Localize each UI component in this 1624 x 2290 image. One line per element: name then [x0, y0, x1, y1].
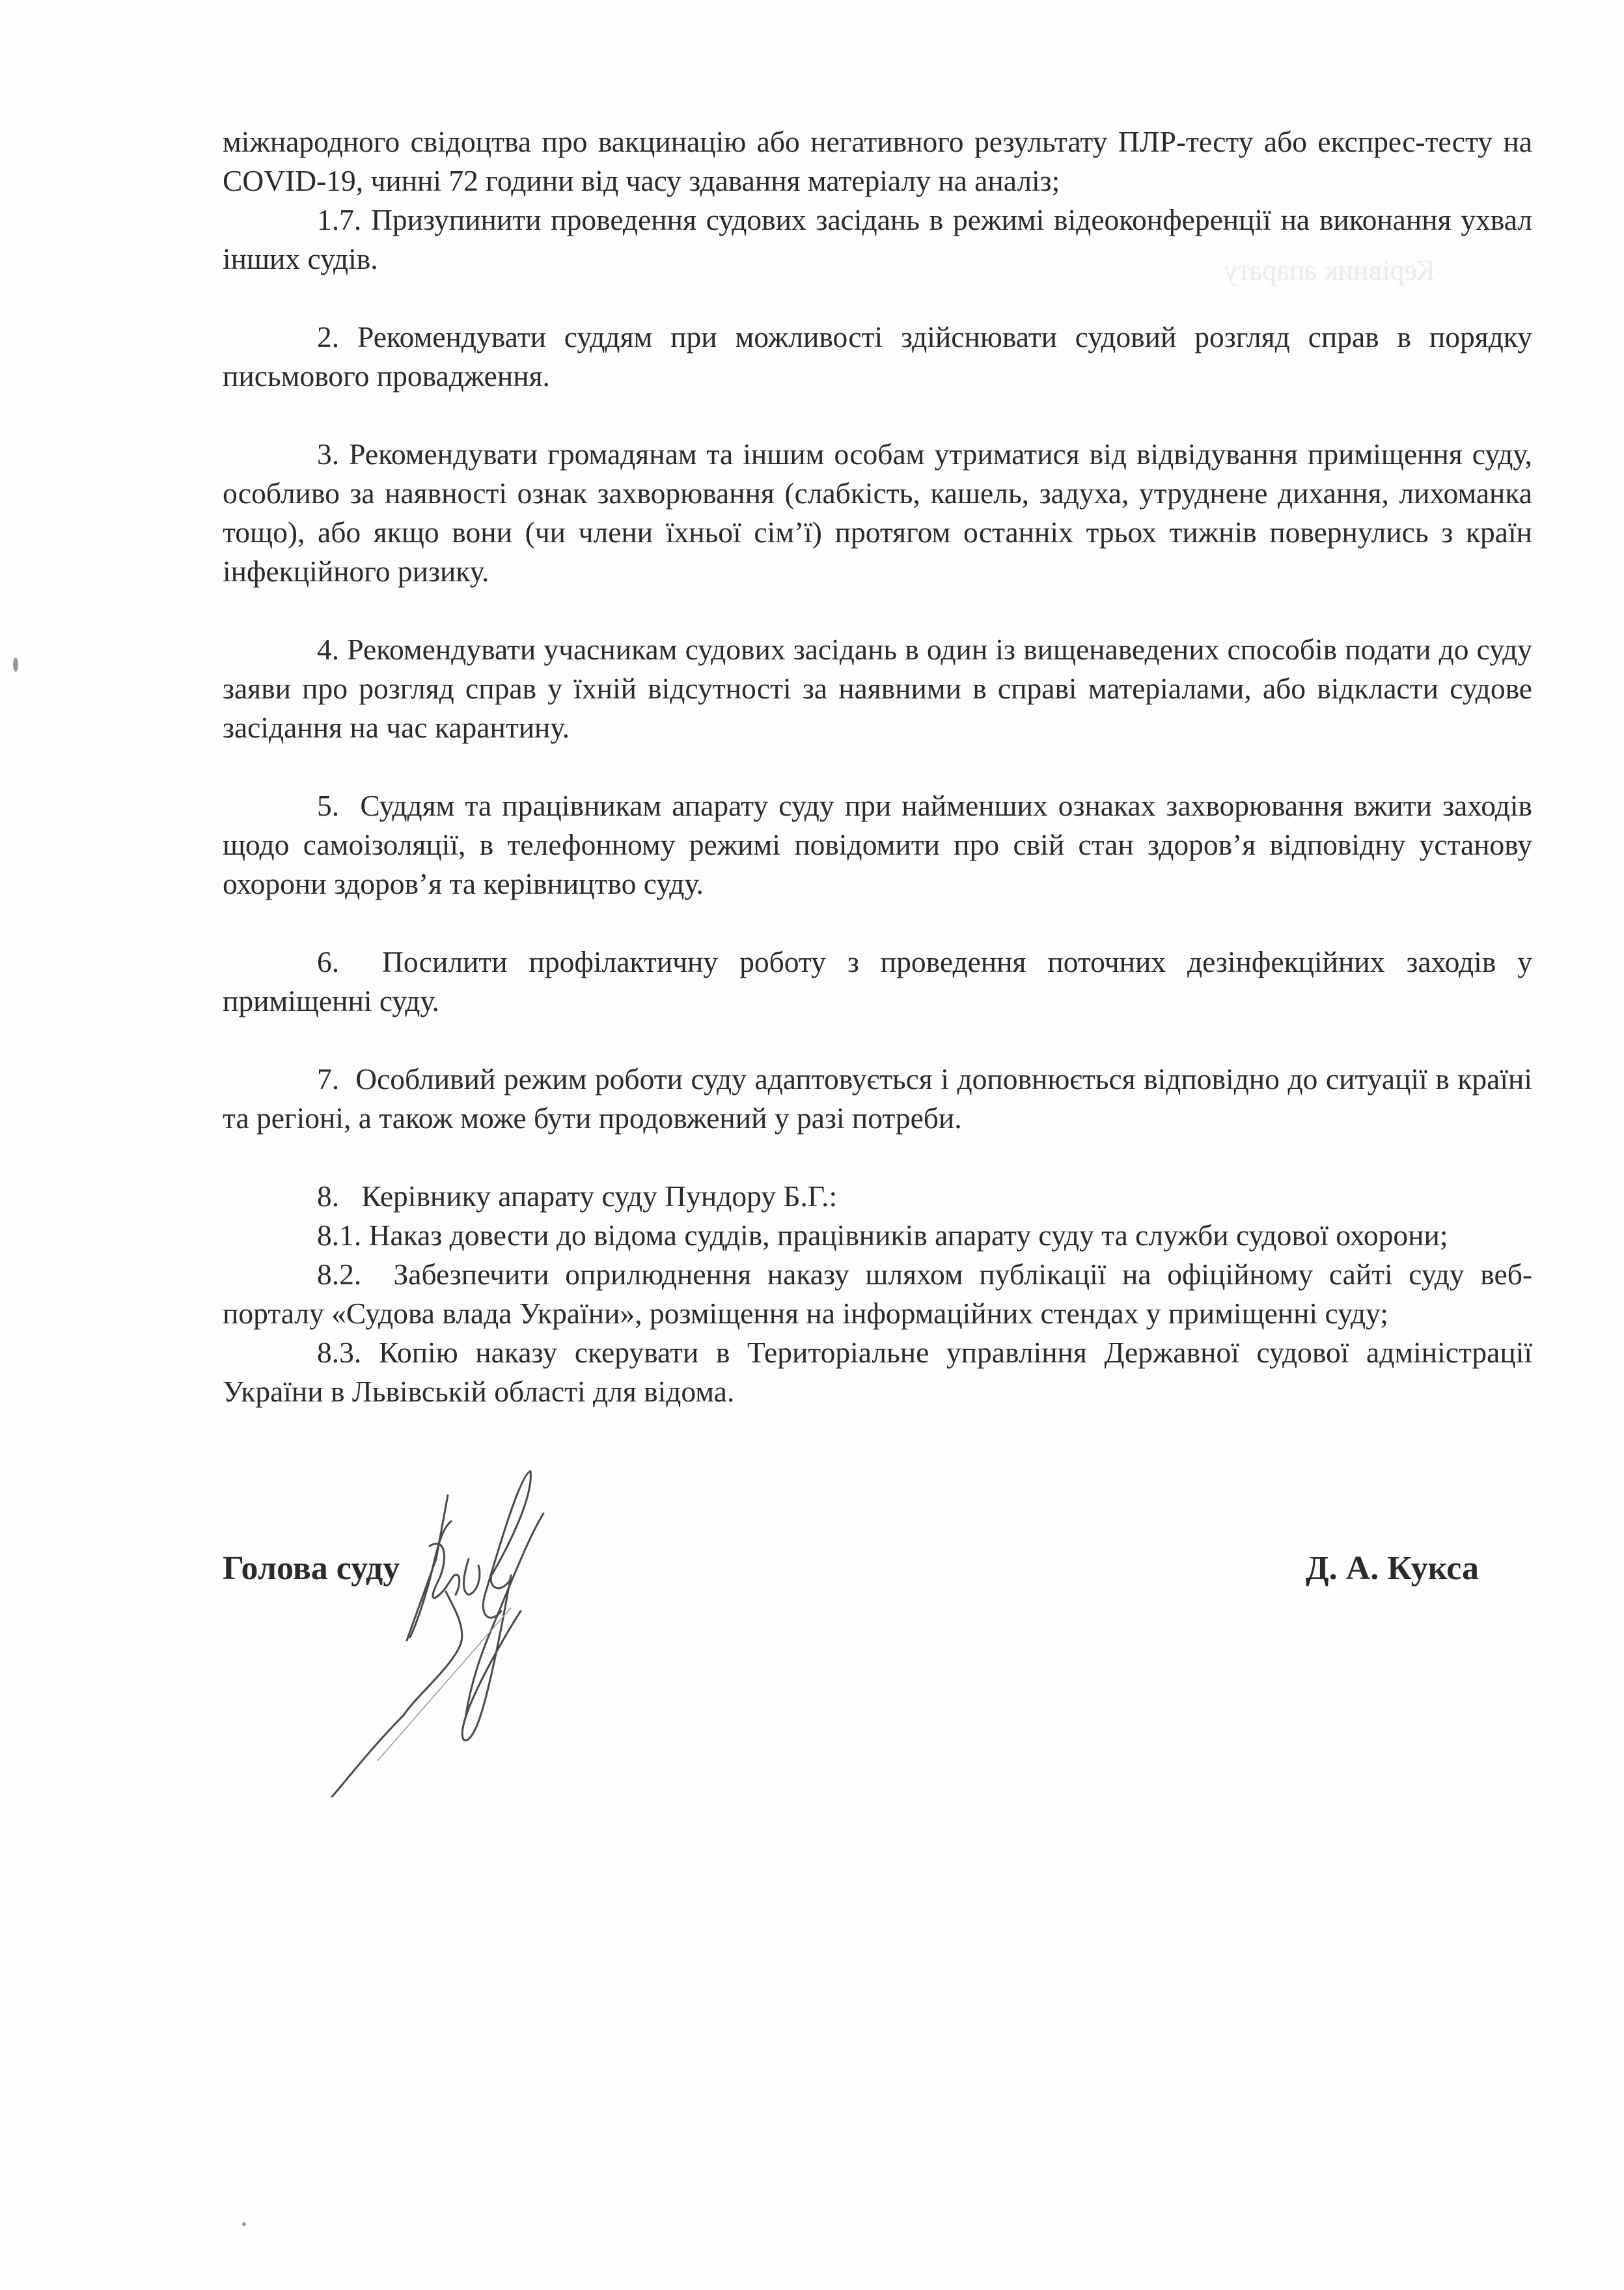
scan-speck	[13, 657, 18, 672]
document-page: Керівник апарату міжнародного свідоцтва …	[0, 0, 1624, 2290]
item-text: Рекомендувати суддям при можливості здій…	[223, 320, 1532, 393]
item-1-7: 1.7. Призупинити проведення судових засі…	[223, 200, 1532, 279]
item-text: Рекомендувати учасникам судових засідань…	[223, 633, 1532, 744]
item-text: Копію наказу скерувати в Територіальне у…	[223, 1336, 1532, 1408]
item-3: 3. Рекомендувати громадянам та іншим осо…	[223, 435, 1532, 591]
item-number: 4.	[317, 633, 339, 666]
item-6: 6. Посилити профілактичну роботу з прове…	[223, 943, 1532, 1021]
item-number: 8.2.	[317, 1258, 361, 1291]
item-8-2: 8.2. Забезпечити оприлюднення наказу шля…	[223, 1255, 1532, 1333]
item-8-1: 8.1. Наказ довести до відома суддів, пра…	[223, 1216, 1532, 1255]
item-4: 4. Рекомендувати учасникам судових засід…	[223, 630, 1532, 747]
item-text: Забезпечити оприлюднення наказу шляхом п…	[223, 1258, 1532, 1330]
item-text: Керівнику апарату суду Пундору Б.Г.:	[361, 1179, 837, 1213]
handwritten-signature-icon	[293, 1461, 749, 1865]
item-8-3: 8.3. Копію наказу скерувати в Територіал…	[223, 1333, 1532, 1411]
item-7: 7. Особливий режим роботи суду адаптовує…	[223, 1060, 1532, 1138]
item-number: 3.	[317, 437, 339, 471]
item-number: 1.7.	[317, 203, 361, 236]
item-number: 5.	[317, 789, 339, 822]
scan-speck	[242, 2222, 246, 2226]
item-5: 5. Суддям та працівникам апарату суду пр…	[223, 786, 1532, 904]
item-text: Призупинити проведення судових засідань …	[223, 203, 1532, 275]
document-body: міжнародного свідоцтва про вакцинацію аб…	[223, 122, 1532, 1411]
item-number: 8.1.	[317, 1219, 361, 1252]
item-number: 8.3.	[317, 1336, 361, 1369]
item-number: 8.	[317, 1179, 339, 1213]
item-8: 8. Керівнику апарату суду Пундору Б.Г.:	[223, 1177, 1532, 1216]
item-text: Особливий режим роботи суду адаптовуєтьс…	[223, 1062, 1532, 1135]
signatory-name: Д. А. Кукса	[1306, 1549, 1479, 1588]
item-text: Рекомендувати громадянам та іншим особам…	[223, 437, 1532, 588]
paragraph-continuation: міжнародного свідоцтва про вакцинацію аб…	[223, 122, 1532, 200]
item-number: 2.	[317, 320, 339, 353]
item-text: Посилити профілактичну роботу з проведен…	[223, 945, 1532, 1017]
item-number: 7.	[317, 1062, 339, 1096]
item-text: Суддям та працівникам апарату суду при н…	[223, 789, 1532, 900]
item-text: Наказ довести до відома суддів, працівни…	[369, 1219, 1448, 1252]
item-number: 6.	[317, 945, 339, 978]
item-2: 2. Рекомендувати суддям при можливості з…	[223, 318, 1532, 396]
